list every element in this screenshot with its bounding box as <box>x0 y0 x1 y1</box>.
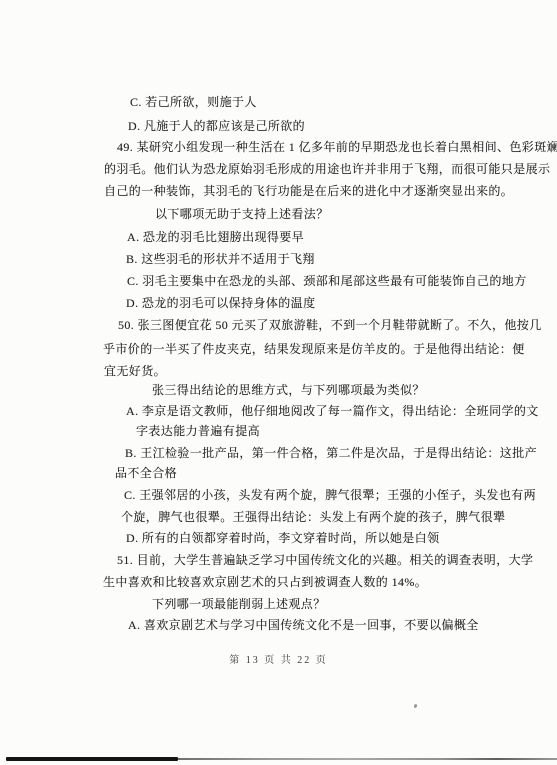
scan-edge-artifact-light <box>178 758 557 760</box>
question-line: 50. 张三图便宜花 50 元买了双旅游鞋，不到一个月鞋带就断了。不久，他按几 <box>118 318 542 333</box>
question-continuation-line: 的羽毛。他们认为恐龙原始羽毛形成的用途也许并非用于飞翔，而很可能只是展示 <box>104 162 550 177</box>
question-continuation-line: 自己的一种装饰，其羽毛的飞行功能是在后来的进化中才逐渐突显出来的。 <box>104 184 513 199</box>
option-line: A. 李京是语文教师，他仔细地阅改了每一篇作文，得出结论：全班同学的文 <box>126 404 539 419</box>
question-continuation-line: 生中喜欢和比较喜欢京剧艺术的只占到被调查人数的 14%。 <box>103 575 427 590</box>
question-continuation-line: 乎市价的一半买了件皮夹克，结果发现原来是仿羊皮的。于是他得出结论：便 <box>103 342 525 357</box>
option-continuation-line: 字表达能力普遍有提高 <box>136 424 260 439</box>
option-line: A. 恐龙的羽毛比翅膀出现得要早 <box>127 230 304 245</box>
option-line: A. 喜欢京剧艺术与学习中国传统文化不是一回事，不要以偏概全 <box>128 618 479 633</box>
scan-speck <box>413 704 417 709</box>
option-line: C. 若己所欲，则施于人 <box>130 95 257 110</box>
prompt-line: 张三得出结论的思维方式，与下列哪项最为类似？ <box>152 383 425 398</box>
option-continuation-line: 品不全合格 <box>115 466 177 481</box>
scanned-page: C. 若己所欲，则施于人D. 凡施于人的都应该是己所欲的49. 某研究小组发现一… <box>0 0 557 765</box>
option-line: D. 恐龙的羽毛可以保持身体的温度 <box>126 296 315 311</box>
question-line: 51. 目前，大学生普遍缺乏学习中国传统文化的兴趣。相关的调查表明，大学 <box>117 553 533 568</box>
option-line: D. 所有的白领都穿着时尚，李文穿着时尚，所以她是白领 <box>126 531 439 546</box>
option-line: C. 羽毛主要集中在恐龙的头部、颈部和尾部这些最有可能装饰自己的地方 <box>127 274 527 289</box>
prompt-line: 以下哪项无助于支持上述看法？ <box>155 207 329 222</box>
option-line: B. 这些羽毛的形状并不适用于飞翔 <box>126 252 315 267</box>
question-line: 49. 某研究小组发现一种生活在 1 亿多年前的早期恐龙也长着白黑相间、色彩斑斓 <box>117 140 557 155</box>
page-number-footer: 第 13 页 共 22 页 <box>0 651 557 666</box>
option-line: C. 王强邻居的小孩，头发有两个旋，脾气很犟；王强的小侄子，头发也有两 <box>124 488 536 503</box>
question-continuation-line: 宜无好货。 <box>104 364 166 379</box>
option-line: D. 凡施于人的都应该是己所欲的 <box>128 119 305 134</box>
option-line: B. 王江检验一批产品，第一件合格，第二件是次品，于是得出结论：这批产 <box>125 446 537 461</box>
scan-edge-artifact-dark <box>6 757 178 761</box>
prompt-line: 下列哪一项最能削弱上述观点？ <box>152 597 326 612</box>
option-continuation-line: 个旋，脾气也很犟。王强得出结论：头发上有两个旋的孩子，脾气很犟 <box>121 510 505 525</box>
